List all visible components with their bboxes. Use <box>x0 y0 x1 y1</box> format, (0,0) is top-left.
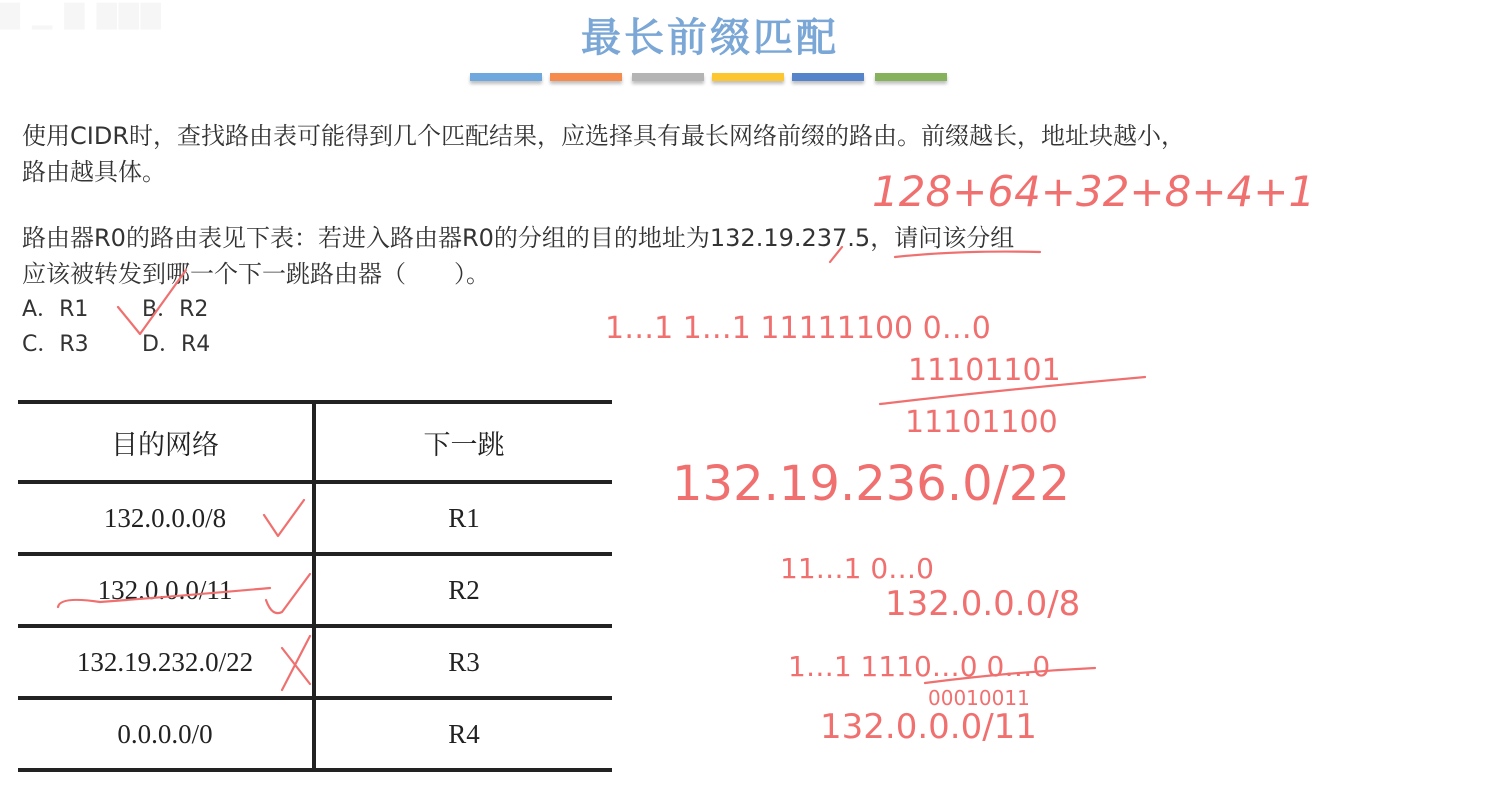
header-destination-network: 目的网络 <box>18 402 314 482</box>
annotation-network-8: 132.0.0.0/8 <box>885 584 1080 624</box>
routing-table: 目的网络 下一跳 132.0.0.0/8 R1 132.0.0.0/11 R2 … <box>18 400 612 772</box>
network-cell: 0.0.0.0/0 <box>18 698 314 770</box>
intro-line-1: 使用CIDR时，查找路由表可能得到几个匹配结果，应选择具有最长网络前缀的路由。前… <box>22 118 1185 154</box>
colorbar-gray <box>632 73 704 81</box>
next-hop-cell: R4 <box>314 698 612 770</box>
next-hop-cell: R2 <box>314 554 612 626</box>
next-hop-cell: R3 <box>314 626 612 698</box>
intro-paragraph: 使用CIDR时，查找路由表可能得到几个匹配结果，应选择具有最长网络前缀的路由。前… <box>22 118 1185 190</box>
intro-line-2: 路由越具体。 <box>22 154 1185 190</box>
annotation-binary-result: 11101100 <box>905 405 1058 440</box>
colorbar-darkblue <box>792 73 864 81</box>
annotation-binary-8: 11…1 0…0 <box>780 552 934 585</box>
table-row: 132.0.0.0/8 R1 <box>18 482 612 554</box>
table-row: 0.0.0.0/0 R4 <box>18 698 612 770</box>
colorbar-yellow <box>712 73 784 81</box>
table-row: 132.19.232.0/22 R3 <box>18 626 612 698</box>
header-next-hop: 下一跳 <box>314 402 612 482</box>
network-cell: 132.19.232.0/22 <box>18 626 314 698</box>
slide-title: 最长前缀匹配 <box>0 6 1420 63</box>
colorbar-blue <box>470 73 542 81</box>
division-line <box>880 377 1145 404</box>
network-cell: 132.0.0.0/8 <box>18 482 314 554</box>
answer-options: A．R1 B．R2 C．R3 D．R4 <box>22 292 262 362</box>
annotation-network-11: 132.0.0.0/11 <box>820 707 1037 747</box>
annotation-binary-row1: 1…1 1…1 11111100 0…0 <box>605 311 991 346</box>
option-b: B．R2 <box>142 292 262 327</box>
colorbar-orange <box>550 73 622 81</box>
table-header-row: 目的网络 下一跳 <box>18 402 612 482</box>
table-row: 132.0.0.0/11 R2 <box>18 554 612 626</box>
colorbar-green <box>875 73 947 81</box>
next-hop-cell: R1 <box>314 482 612 554</box>
underline-mark <box>925 668 1095 683</box>
annotation-binary-11: 1…1 1110…0 0…0 <box>788 650 1050 683</box>
question-line-2: 应该被转发到哪一个下一跳路由器（ ）。 <box>22 256 1014 292</box>
option-a: A．R1 <box>22 292 142 327</box>
annotation-binary-row2: 11101101 <box>908 353 1061 388</box>
question-paragraph: 路由器R0的路由表见下表：若进入路由器R0的分组的目的地址为132.19.237… <box>22 220 1014 292</box>
network-cell: 132.0.0.0/11 <box>18 554 314 626</box>
annotation-binary-11-sub: 00010011 <box>928 686 1030 710</box>
annotation-network-22: 132.19.236.0/22 <box>672 456 1070 512</box>
option-c: C．R3 <box>22 327 142 362</box>
question-line-1: 路由器R0的路由表见下表：若进入路由器R0的分组的目的地址为132.19.237… <box>22 220 1014 256</box>
option-d: D．R4 <box>142 327 262 362</box>
